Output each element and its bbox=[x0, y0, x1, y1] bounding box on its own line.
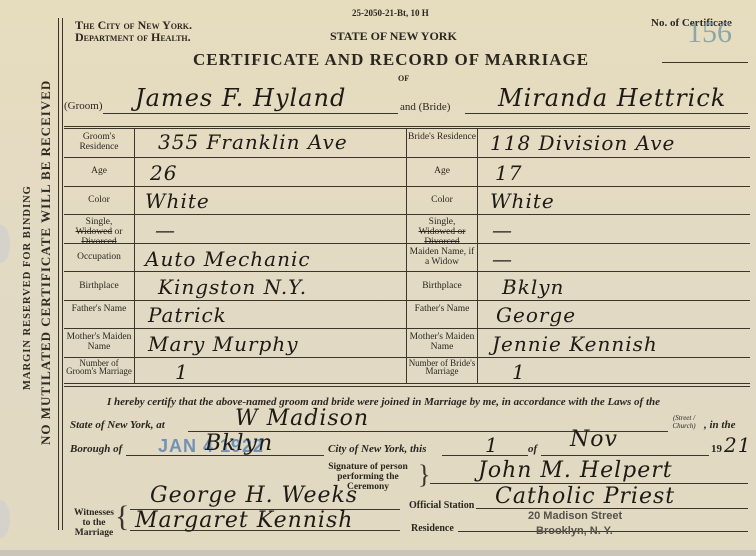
witness-brace: { bbox=[115, 502, 129, 532]
certification-statement: I hereby certify that the above-named gr… bbox=[107, 396, 660, 408]
groom-birthplace-label: Birthplace bbox=[66, 281, 132, 291]
row-rule bbox=[64, 186, 750, 187]
residence-stamp-line-2: Brooklyn, N. Y. bbox=[536, 525, 613, 537]
in-the-label: , in the bbox=[704, 419, 735, 431]
bride-birthplace: Bklyn bbox=[502, 275, 564, 299]
groom-marital-status: — bbox=[155, 218, 176, 242]
witness-2: Margaret Kennish bbox=[135, 508, 353, 533]
row-rule bbox=[64, 271, 750, 272]
bride-maiden-name: — bbox=[492, 247, 513, 271]
row-rule bbox=[64, 157, 750, 158]
groom-residence-label: Groom's Residence bbox=[66, 132, 132, 152]
street-church-label: (Street / Church) bbox=[667, 414, 701, 430]
of-label: OF bbox=[398, 74, 409, 83]
groom-marriage-count-label: Number of Groom's Marriage bbox=[66, 359, 132, 375]
bride-marital-status: — bbox=[492, 218, 513, 242]
year-prefix: 19 bbox=[711, 443, 722, 455]
bride-mother-label: Mother's Maiden Name bbox=[408, 332, 476, 352]
bride-marital-status-label: Single,Widowed orDivorced bbox=[408, 217, 476, 247]
officiant-signature: John M. Helpert bbox=[478, 458, 673, 483]
table-bottom-rule bbox=[64, 383, 750, 384]
groom-father-label: Father's Name bbox=[66, 304, 132, 314]
residence-label: Residence bbox=[411, 523, 454, 534]
bride-color: White bbox=[490, 189, 555, 213]
bride-marriage-count-label: Number of Bride's Marriage bbox=[408, 359, 476, 375]
bride-color-label: Color bbox=[408, 195, 476, 205]
table-bottom-rule-2 bbox=[64, 386, 750, 387]
official-station: Catholic Priest bbox=[495, 484, 675, 509]
bride-name-rule bbox=[465, 113, 748, 114]
bride-maiden-name-label: Maiden Name, if a Widow bbox=[408, 247, 476, 267]
groom-marital-status-label: Single,Widowed orDivorced bbox=[66, 217, 132, 247]
residence-stamp-line-1: 20 Madison Street bbox=[528, 510, 622, 522]
groom-occupation-label: Occupation bbox=[66, 252, 132, 262]
bride-mother-maiden-name: Jennie Kennish bbox=[492, 332, 658, 356]
groom-age-label: Age bbox=[66, 166, 132, 176]
ceremony-place: W Madison bbox=[235, 406, 369, 431]
borough: Bklyn bbox=[205, 431, 273, 456]
center-divider bbox=[406, 128, 407, 383]
row-rule bbox=[64, 243, 750, 244]
table-top-rule bbox=[64, 126, 750, 127]
groom-label-divider bbox=[134, 128, 135, 383]
margin-rule bbox=[58, 18, 63, 530]
groom-residence: 355 Franklin Ave bbox=[158, 130, 348, 154]
bride-birthplace-label: Birthplace bbox=[408, 281, 476, 291]
bride-residence: 118 Division Ave bbox=[490, 131, 675, 155]
marriage-certificate: MARGIN RESERVED FOR BINDING NO MUTILATED… bbox=[0, 0, 756, 550]
year-suffix: 21 bbox=[724, 433, 751, 457]
state-heading: STATE OF NEW YORK bbox=[330, 29, 457, 44]
document-title: CERTIFICATE AND RECORD OF MARRIAGE bbox=[193, 50, 589, 70]
groom-name-rule bbox=[103, 113, 398, 114]
binding-notch bbox=[0, 500, 10, 538]
bride-father-label: Father's Name bbox=[408, 304, 476, 314]
groom-mother-label: Mother's Maiden Name bbox=[66, 332, 132, 352]
groom-age: 26 bbox=[150, 161, 177, 185]
certificate-number-rule bbox=[662, 62, 748, 63]
bride-name: Miranda Hettrick bbox=[498, 84, 726, 112]
groom-label: (Groom) bbox=[64, 100, 103, 112]
witness-1: George H. Weeks bbox=[150, 483, 358, 508]
bride-label: and (Bride) bbox=[400, 101, 450, 113]
groom-mother-maiden-name: Mary Murphy bbox=[148, 332, 299, 356]
city-this-label: City of New York, this bbox=[328, 443, 427, 455]
binding-notch bbox=[0, 225, 10, 263]
witnesses-label: Witnesses to the Marriage bbox=[70, 508, 118, 538]
groom-birthplace: Kingston N.Y. bbox=[158, 275, 307, 299]
bride-residence-label: Bride's Residence bbox=[408, 132, 476, 142]
form-number: 25-2050-21-Bt, 10 H bbox=[352, 8, 429, 18]
groom-color: White bbox=[145, 189, 210, 213]
table-top-rule-2 bbox=[64, 128, 750, 129]
official-station-label: Official Station bbox=[409, 500, 474, 511]
row-rule bbox=[64, 357, 750, 358]
row-rule bbox=[64, 328, 750, 329]
bride-age: 17 bbox=[495, 161, 522, 185]
margin-note: MARGIN RESERVED FOR BINDING bbox=[22, 180, 33, 395]
groom-father-name: Patrick bbox=[148, 303, 227, 327]
bride-label-divider bbox=[477, 128, 478, 383]
row-rule bbox=[64, 214, 750, 215]
groom-color-label: Color bbox=[66, 195, 132, 205]
row-rule bbox=[64, 300, 750, 301]
ceremony-day: 1 bbox=[485, 433, 499, 457]
groom-name: James F. Hyland bbox=[135, 84, 346, 112]
bride-marriage-count: 1 bbox=[512, 360, 526, 384]
borough-label: Borough of bbox=[70, 443, 122, 455]
agency-line-2: Department of Health. bbox=[75, 31, 191, 43]
state-at-label: State of New York, at bbox=[70, 419, 165, 431]
groom-occupation: Auto Mechanic bbox=[145, 247, 311, 271]
certificate-number: 156 bbox=[687, 16, 732, 50]
of-month-label: of bbox=[528, 443, 537, 455]
mutilation-warning: NO MUTILATED CERTIFICATE WILL BE RECEIVE… bbox=[38, 85, 54, 445]
groom-marriage-count: 1 bbox=[175, 360, 189, 384]
ceremony-month: Nov bbox=[570, 427, 618, 452]
bride-father-name: George bbox=[496, 303, 576, 327]
bride-age-label: Age bbox=[408, 166, 476, 176]
month-rule bbox=[541, 455, 709, 456]
brace: } bbox=[418, 462, 430, 488]
